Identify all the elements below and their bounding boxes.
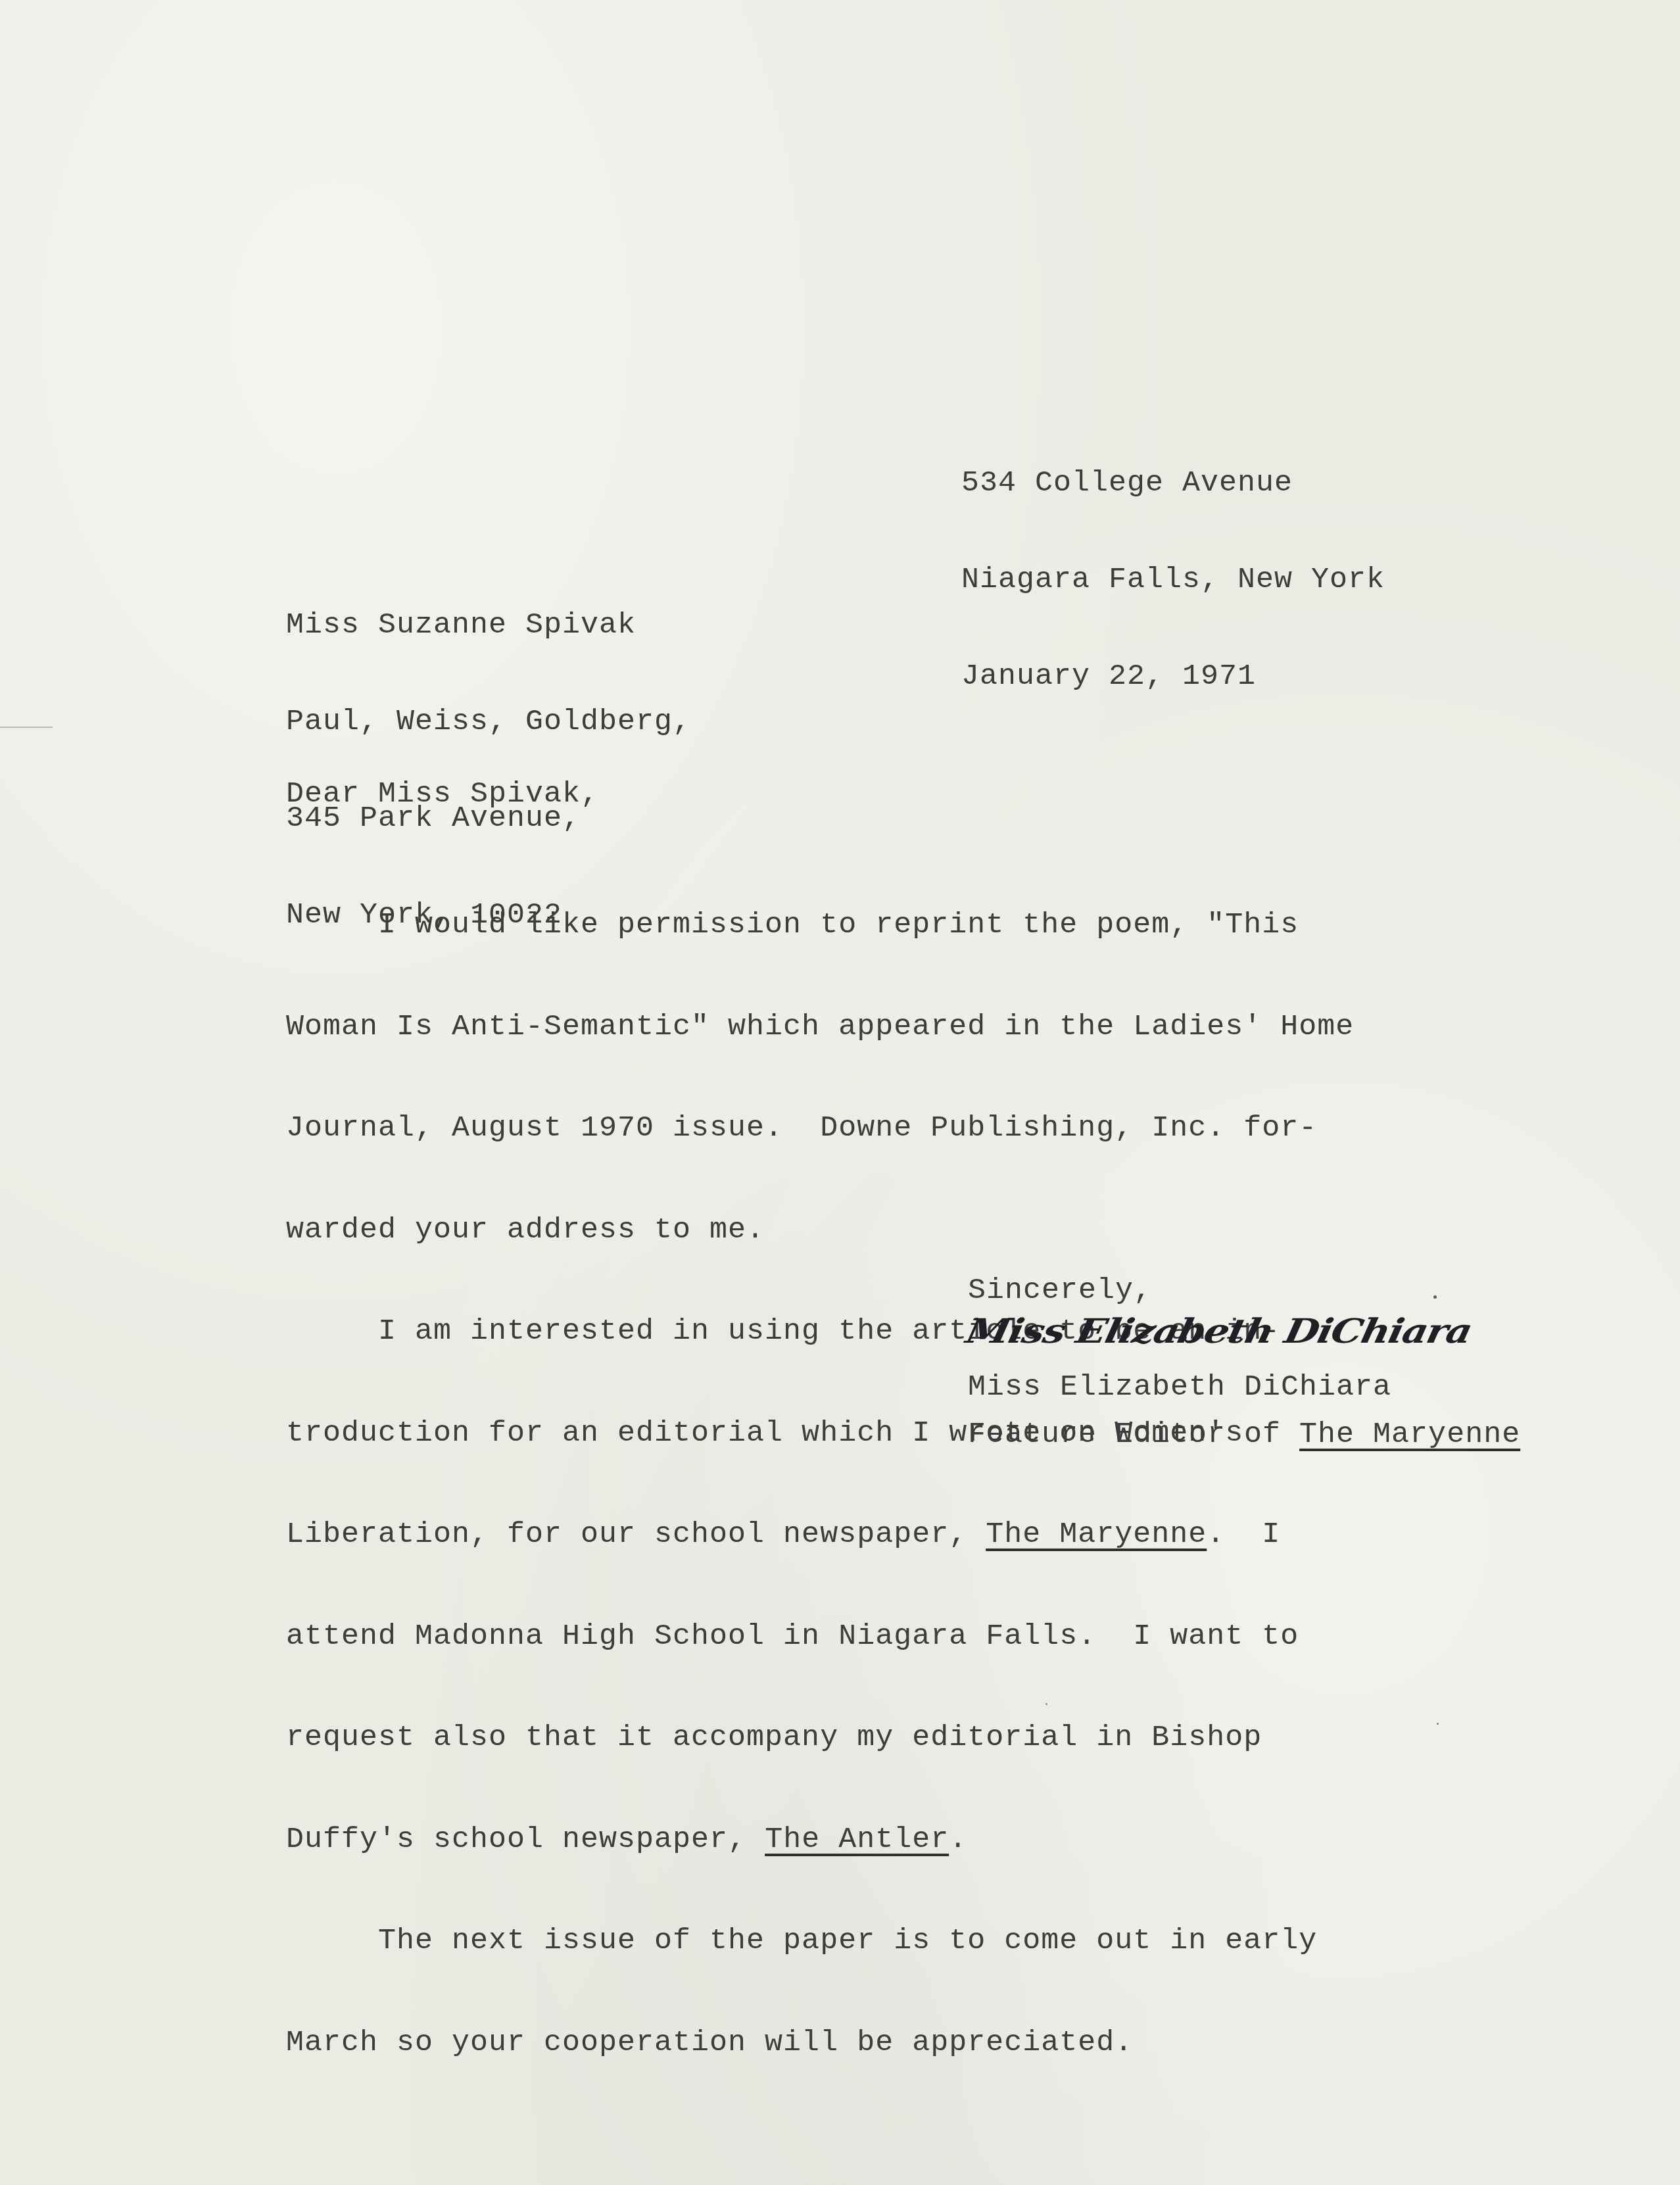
salutation: Dear Miss Spivak, <box>286 778 599 810</box>
letter-body: I would like permission to reprint the p… <box>286 840 1354 2094</box>
body-line: March so your cooperation will be apprec… <box>286 2026 1354 2060</box>
signer-title-text: Feature Editor of <box>968 1418 1299 1451</box>
paper-fold-mark <box>0 727 53 728</box>
letter-date: January 22, 1971 <box>961 660 1385 692</box>
publication-title-antler: The Antler <box>765 1823 949 1856</box>
handwritten-signature: Miss Elizabeth DiChiara <box>963 1312 1475 1351</box>
body-line: Woman Is Anti-Semantic" which appeared i… <box>286 1010 1354 1044</box>
body-text: Duffy's school newspaper, <box>286 1823 765 1856</box>
recipient-name: Miss Suzanne Spivak <box>286 609 691 641</box>
body-line: Liberation, for our school newspaper, Th… <box>286 1518 1354 1552</box>
return-address-street: 534 College Avenue <box>961 467 1385 499</box>
publication-title-maryenne: The Maryenne <box>986 1518 1207 1551</box>
body-line: warded your address to me. <box>286 1213 1354 1247</box>
recipient-firm: Paul, Weiss, Goldberg, <box>286 706 691 738</box>
ink-speck <box>1045 1703 1047 1705</box>
ink-speck <box>1437 1723 1439 1725</box>
body-line: Duffy's school newspaper, The Antler. <box>286 1823 1354 1857</box>
body-line: I would like permission to reprint the p… <box>286 908 1354 942</box>
signer-title: Feature Editor of The Maryenne <box>968 1418 1520 1451</box>
typed-signer-name: Miss Elizabeth DiChiara <box>968 1371 1391 1403</box>
body-line: The next issue of the paper is to come o… <box>286 1924 1354 1958</box>
ink-speck <box>1433 1295 1437 1299</box>
body-text: . I <box>1207 1518 1280 1551</box>
body-text: . <box>949 1823 967 1856</box>
body-line: request also that it accompany my editor… <box>286 1721 1354 1755</box>
body-text: Liberation, for our school newspaper, <box>286 1518 986 1551</box>
signer-publication: The Maryenne <box>1299 1418 1520 1451</box>
body-line: Journal, August 1970 issue. Downe Publis… <box>286 1111 1354 1145</box>
return-address-city: Niagara Falls, New York <box>961 564 1385 596</box>
body-line: attend Madonna High School in Niagara Fa… <box>286 1620 1354 1654</box>
return-address: 534 College Avenue Niagara Falls, New Yo… <box>961 402 1385 725</box>
closing: Sincerely, <box>968 1274 1152 1307</box>
